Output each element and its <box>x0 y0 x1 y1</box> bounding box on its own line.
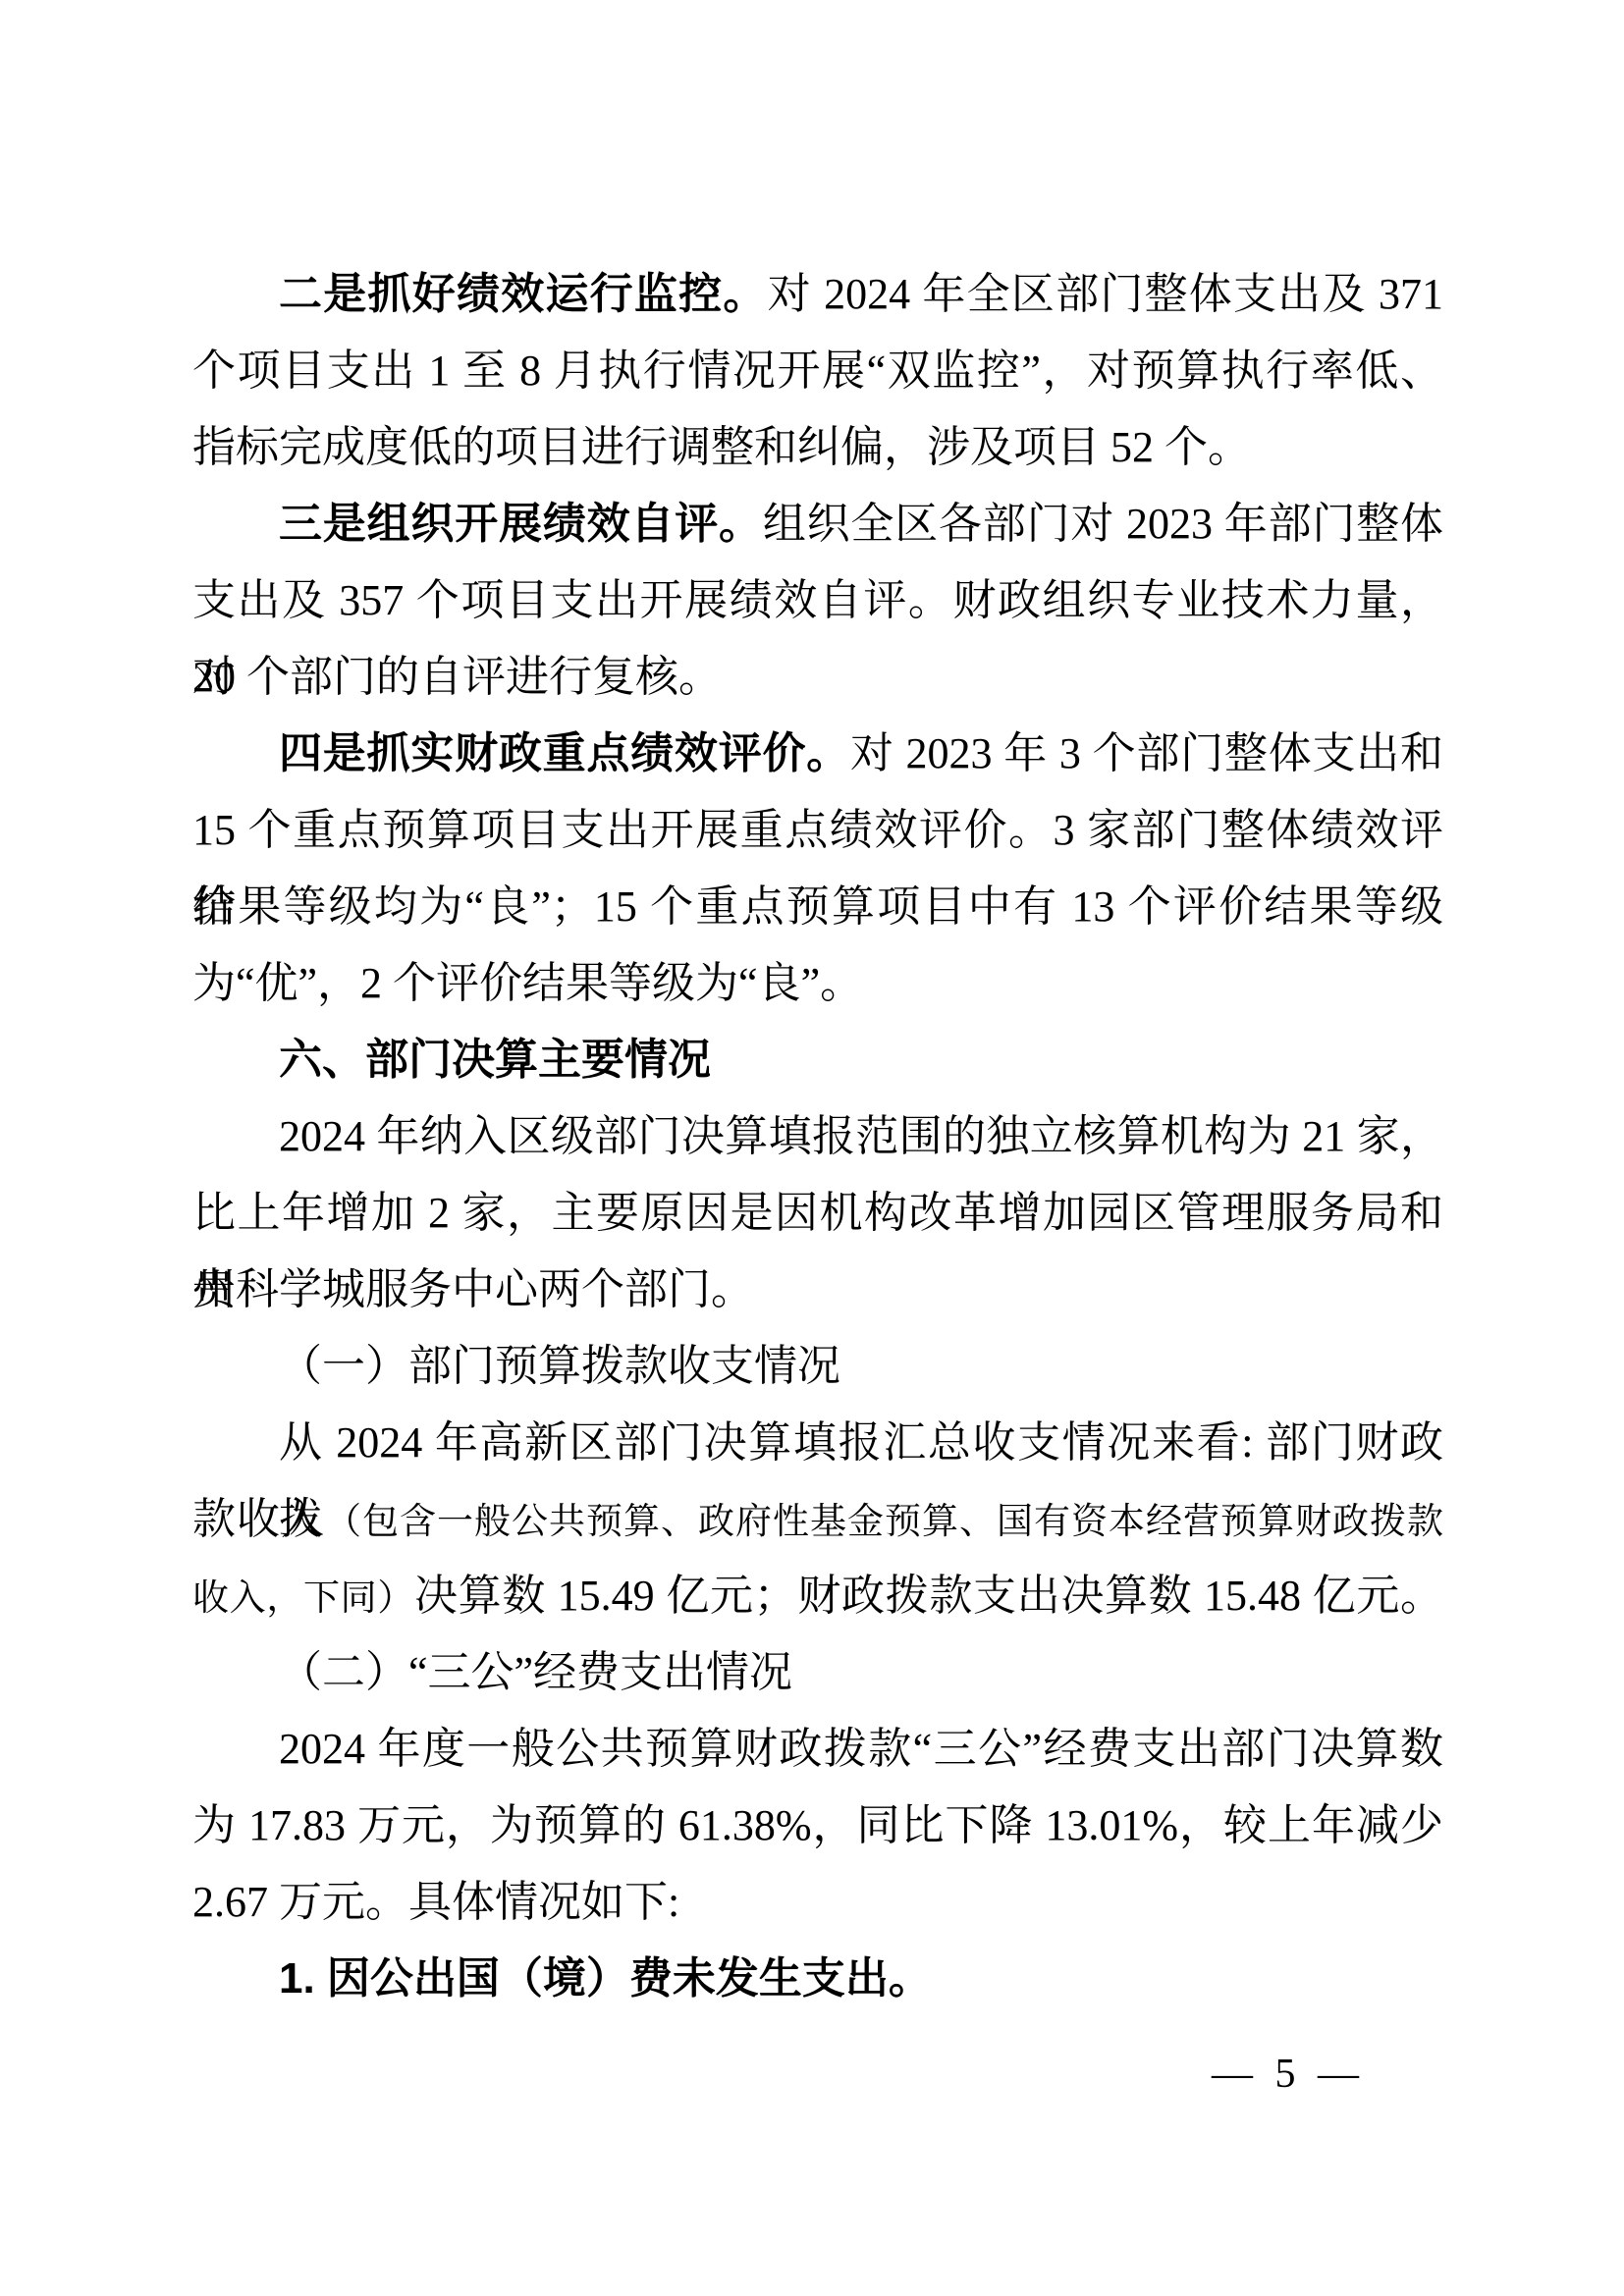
text-line: （一）部门预算拨款收支情况 <box>192 1328 1443 1405</box>
text-line: 结果等级均为“良”；15 个重点预算项目中有 13 个评价结果等级 <box>192 869 1443 945</box>
body-text: 结果等级均为“良”；15 个重点预算项目中有 13 个评价结果等级 <box>192 882 1443 931</box>
text-line: 从 2024 年高新区部门决算填报汇总收支情况来看: 部门财政拨 <box>192 1405 1443 1481</box>
body-text: 2024 年度一般公共预算财政拨款“三公”经费支出部门决算数 <box>279 1725 1443 1773</box>
text-line: 2024 年度一般公共预算财政拨款“三公”经费支出部门决算数 <box>192 1711 1443 1788</box>
bold-heading-text: 六、部门决算主要情况 <box>279 1036 711 1084</box>
body-text: 2.67 万元。具体情况如下: <box>192 1878 679 1926</box>
body-text: 20 个部门的自评进行复核。 <box>192 653 722 701</box>
text-line: 六、部门决算主要情况 <box>192 1022 1443 1098</box>
page-number: — 5 — <box>1212 2050 1365 2099</box>
text-line: 二是抓好绩效运行监控。对 2024 年全区部门整体支出及 371 <box>192 256 1443 333</box>
text-line: 款收入（包含一般公共预算、政府性基金预算、国有资本经营预算财政拨款 <box>192 1481 1443 1558</box>
body-text: 为 17.83 万元，为预算的 61.38%，同比下降 13.01%，较上年减少 <box>192 1801 1443 1849</box>
text-line: 四是抓实财政重点绩效评价。对 2023 年 3 个部门整体支出和 <box>192 716 1443 792</box>
text-line: 收入，下同）决算数 15.49 亿元；财政拨款支出决算数 15.48 亿元。 <box>192 1558 1443 1634</box>
text-line: （二）“三公”经费支出情况 <box>192 1634 1443 1711</box>
body-text: 2024 年纳入区级部门决算填报范围的独立核算机构为 21 家， <box>279 1112 1443 1160</box>
small-note-text: 收入，下同） <box>192 1578 414 1619</box>
body-text: 组织全区各部门对 2023 年部门整体 <box>763 500 1443 548</box>
bold-heading-text: 1. 因公出国（境）费未发生支出。 <box>279 1954 932 2002</box>
text-line: 比上年增加 2 家，主要原因是因机构改革增加园区管理服务局和贵 <box>192 1175 1443 1252</box>
text-line: 指标完成度低的项目进行调整和纠偏，涉及项目 52 个。 <box>192 409 1443 486</box>
body-text: 个项目支出 1 至 8 月执行情况开展“双监控”，对预算执行率低、 <box>192 347 1443 395</box>
body-text: （一）部门预算拨款收支情况 <box>279 1342 840 1390</box>
body-text: 为“优”，2 个评价结果等级为“良”。 <box>192 959 863 1007</box>
document-body: 二是抓好绩效运行监控。对 2024 年全区部门整体支出及 371个项目支出 1 … <box>192 256 1443 2017</box>
body-text: （二）“三公”经费支出情况 <box>279 1648 792 1696</box>
text-line: 支出及 357 个项目支出开展绩效自评。财政组织专业技术力量，对 <box>192 562 1443 639</box>
bold-heading-text: 二是抓好绩效运行监控。 <box>279 270 768 318</box>
body-text: 款收入 <box>192 1495 325 1543</box>
text-line: 15 个重点预算项目支出开展重点绩效评价。3 家部门整体绩效评价 <box>192 792 1443 869</box>
text-line: 为“优”，2 个评价结果等级为“良”。 <box>192 945 1443 1022</box>
text-line: 三是组织开展绩效自评。组织全区各部门对 2023 年部门整体 <box>192 486 1443 562</box>
text-line: 20 个部门的自评进行复核。 <box>192 639 1443 716</box>
body-text: 对 2024 年全区部门整体支出及 371 <box>768 270 1443 318</box>
body-text: 州科学城服务中心两个部门。 <box>192 1265 754 1313</box>
text-line: 2.67 万元。具体情况如下: <box>192 1864 1443 1941</box>
body-text: 指标完成度低的项目进行调整和纠偏，涉及项目 52 个。 <box>192 423 1251 471</box>
text-line: 1. 因公出国（境）费未发生支出。 <box>192 1941 1443 2017</box>
body-text: 对 2023 年 3 个部门整体支出和 <box>850 729 1443 777</box>
text-line: 2024 年纳入区级部门决算填报范围的独立核算机构为 21 家， <box>192 1098 1443 1175</box>
document-page: 二是抓好绩效运行监控。对 2024 年全区部门整体支出及 371个项目支出 1 … <box>0 0 1624 2296</box>
bold-heading-text: 四是抓实财政重点绩效评价。 <box>279 729 850 777</box>
text-line: 州科学城服务中心两个部门。 <box>192 1252 1443 1328</box>
bold-heading-text: 三是组织开展绩效自评。 <box>279 500 763 548</box>
text-line: 个项目支出 1 至 8 月执行情况开展“双监控”，对预算执行率低、 <box>192 333 1443 409</box>
body-text: 决算数 15.49 亿元；财政拨款支出决算数 15.48 亿元。 <box>414 1572 1443 1620</box>
text-line: 为 17.83 万元，为预算的 61.38%，同比下降 13.01%，较上年减少 <box>192 1788 1443 1864</box>
small-note-text: （包含一般公共预算、政府性基金预算、国有资本经营预算财政拨款 <box>325 1502 1443 1542</box>
